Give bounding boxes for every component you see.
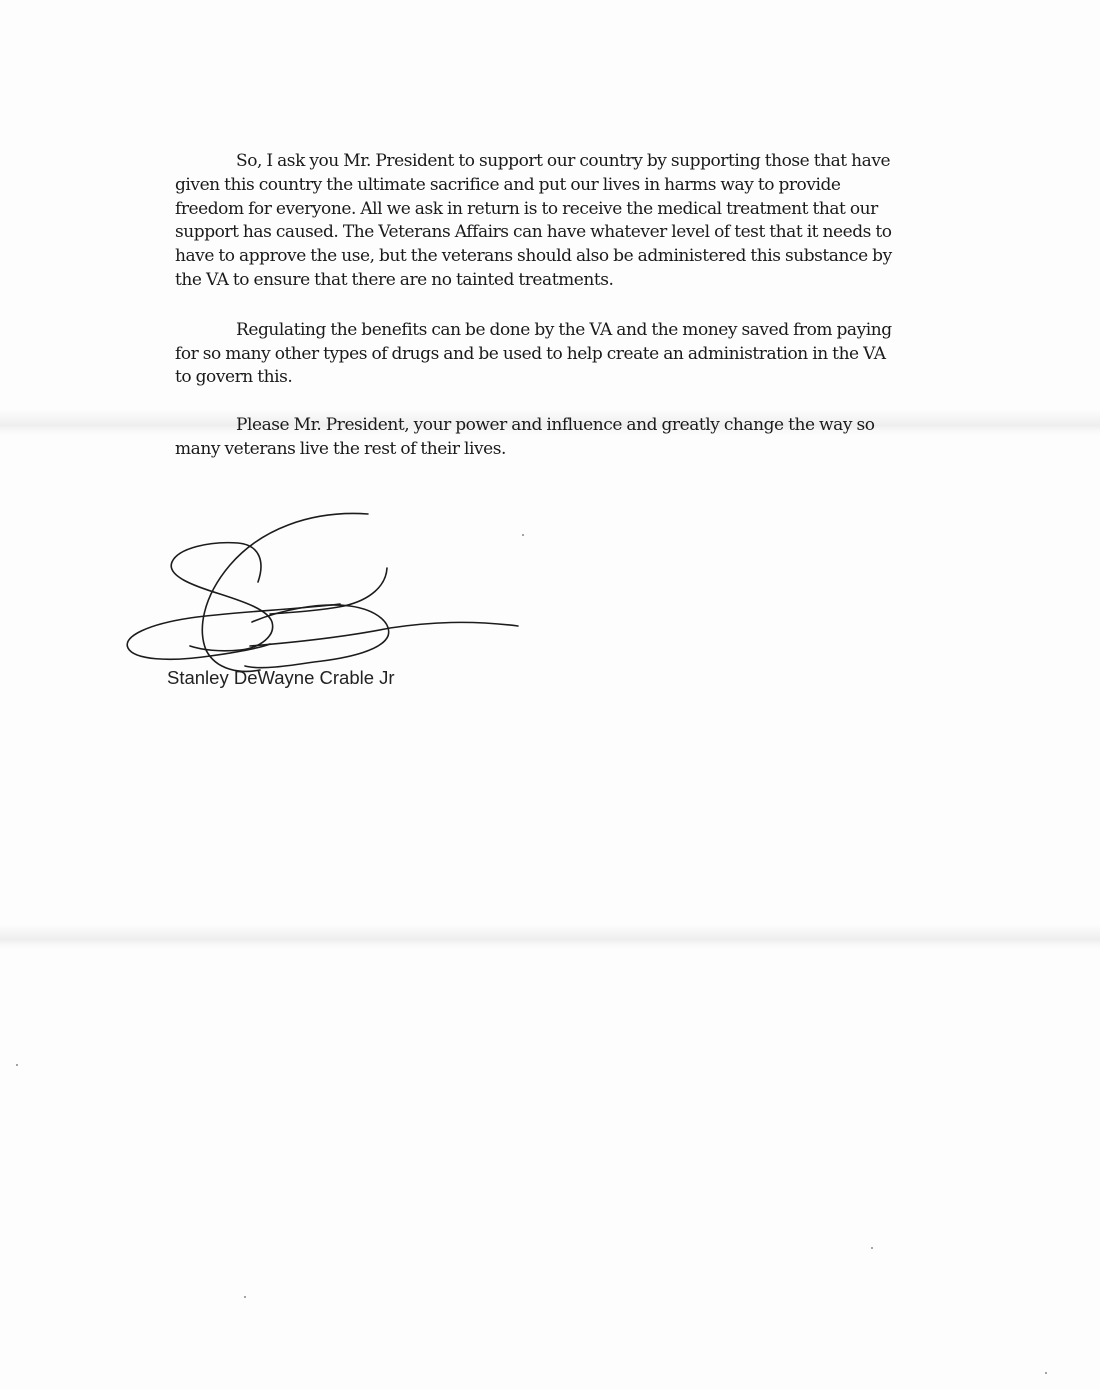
letter-paragraph: So, I ask you Mr. President to support o…	[175, 150, 905, 293]
letter-paragraph: Please Mr. President, your power and inf…	[175, 414, 905, 462]
scan-speck	[1045, 1372, 1047, 1374]
scan-speck	[244, 1296, 246, 1298]
letter-paragraph: Regulating the benefits can be done by t…	[175, 319, 905, 390]
scan-speck	[16, 1064, 18, 1066]
letter-body: So, I ask you Mr. President to support o…	[175, 150, 905, 486]
paper-fold-line	[0, 924, 1100, 950]
signer-name: Stanley DeWayne Crable Jr	[167, 667, 395, 689]
scanned-letter-page: So, I ask you Mr. President to support o…	[0, 0, 1100, 1390]
scan-speck	[871, 1247, 873, 1249]
scan-speck	[522, 534, 524, 536]
